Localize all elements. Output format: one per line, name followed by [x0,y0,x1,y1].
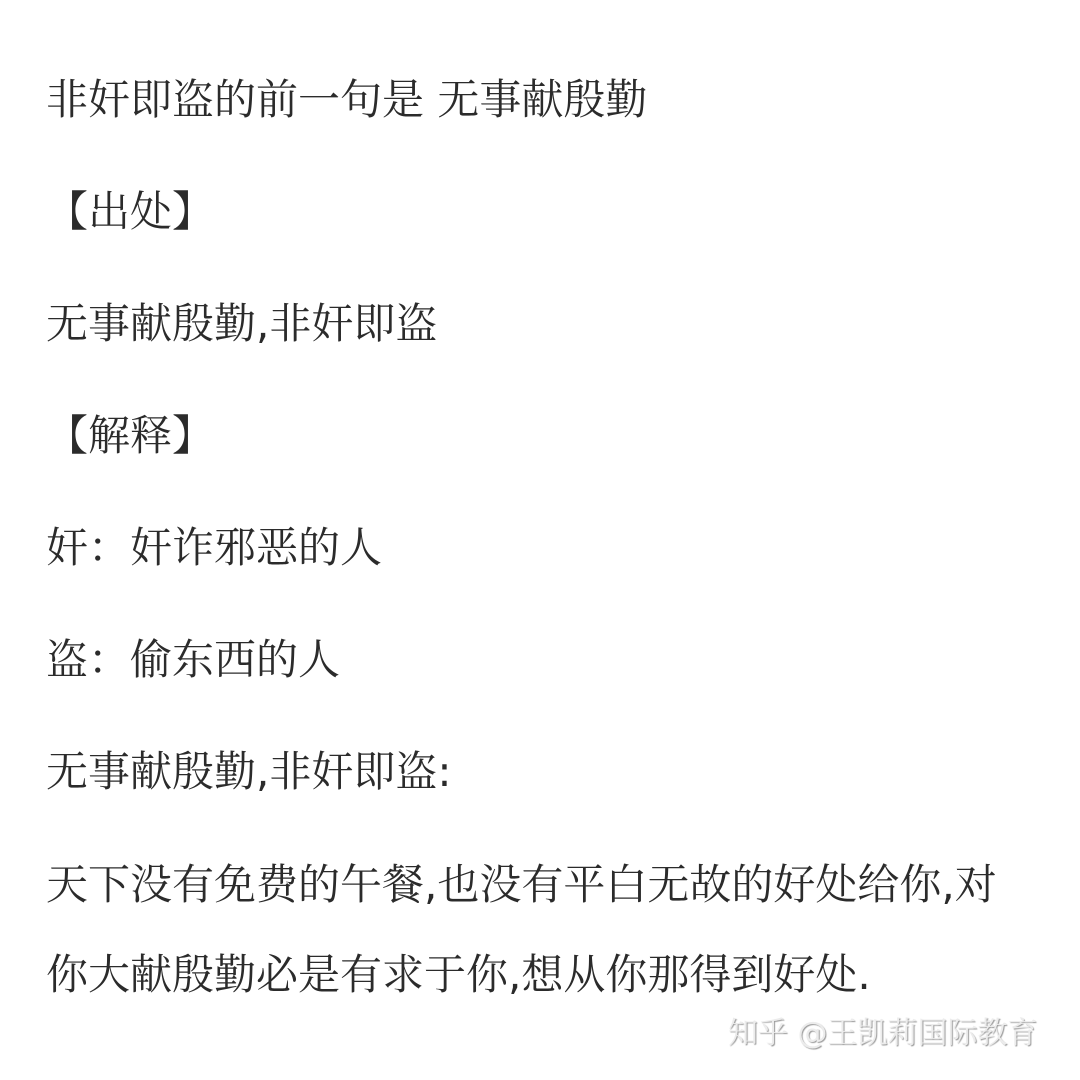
definition-term: 奸： [46,523,130,572]
definition-item: 盗：偷东西的人 [46,632,340,688]
definition-item: 奸：奸诈邪恶的人 [46,520,382,576]
phrase-line: 无事献殷勤,非奸即盗: [46,744,452,800]
source-text: 无事献殷勤,非奸即盗 [46,296,437,352]
definition-term: 盗： [46,635,130,684]
definition-meaning: 奸诈邪恶的人 [130,523,382,572]
title-line: 非奸即盗的前一句是 无事献殷勤 [46,72,647,128]
source-heading: 【出处】 [46,184,214,240]
explain-heading: 【解释】 [46,408,214,464]
explanation-paragraph: 天下没有免费的午餐,也没有平白无故的好处给你,对你大献殷勤必是有求于你,想从你那… [46,840,1036,1020]
watermark: 知乎 @王凯莉国际教育 [728,1012,1038,1056]
definition-meaning: 偷东西的人 [130,635,340,684]
